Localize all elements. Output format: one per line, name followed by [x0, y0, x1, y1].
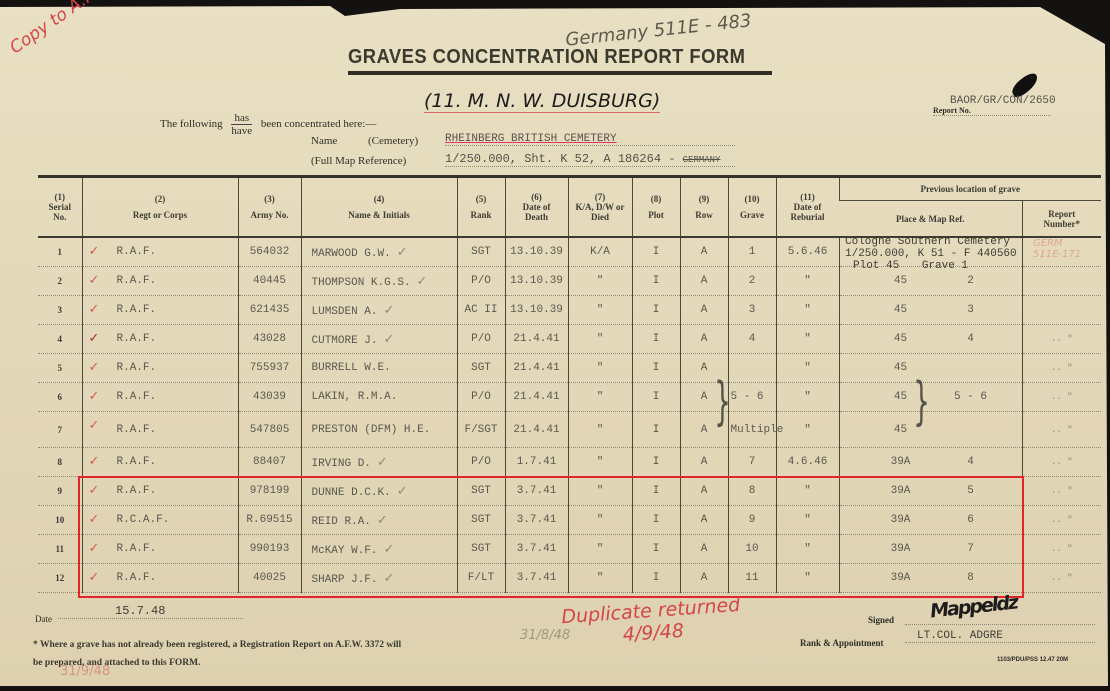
name-text: McKAY W.F. — [312, 545, 378, 557]
red-check-icon: ✓ — [89, 389, 100, 404]
reburial-cell: 5.6.46 — [776, 237, 839, 267]
previous-location-text: Cologne Southern Cemetery 1/250.000, K 5… — [845, 236, 1017, 272]
regt-text: R.A.F. — [117, 485, 157, 497]
serial-cell: 4 — [38, 325, 82, 354]
prev-location-mapref: 1/250.000, K 51 - F 440560 — [845, 248, 1017, 260]
grave-cell: 5 - 6 — [728, 383, 776, 412]
plot-cell: I — [632, 412, 680, 448]
previous-location-cell: 453 — [839, 296, 1022, 325]
gray-check-icon: ✓ — [384, 332, 395, 347]
grave-cell — [728, 354, 776, 383]
report-number-cell: .. " — [1022, 325, 1101, 354]
prev-plot-text: 45 — [861, 275, 941, 287]
report-number-cell — [1022, 296, 1101, 325]
army-no-cell: 978199 — [238, 477, 301, 506]
gray-check-icon: ✓ — [377, 513, 388, 528]
prev-plot-text: 39A — [861, 572, 941, 584]
grave-cell: 9 — [728, 506, 776, 535]
report-number-cell: .. " — [1022, 412, 1101, 448]
report-number-cell: .. " — [1022, 383, 1101, 412]
plot-brace-right: } — [913, 358, 930, 446]
red-check-icon: ✓ — [89, 302, 100, 317]
name-cell: LAKIN, R.M.A. — [301, 383, 457, 412]
previous-location-cell: 39A8 — [839, 564, 1022, 593]
kadw-cell: K/A — [568, 237, 632, 267]
reburial-cell: " — [776, 325, 839, 354]
reburial-cell: " — [776, 296, 839, 325]
rank-cell: SGT — [457, 354, 505, 383]
rank-appointment-value: LT.COL. ADGRE — [905, 630, 1095, 643]
prev-location-cemetery: Cologne Southern Cemetery — [845, 236, 1017, 248]
prev-grave-text: 5 - 6 — [941, 391, 1001, 403]
report-number-cell: .. " — [1022, 535, 1101, 564]
regt-cell: ✓R.A.F. — [82, 564, 238, 593]
name-text: LUMSDEN A. — [312, 306, 378, 318]
prev-grave-text: 4 — [941, 456, 1001, 468]
rank-cell: SGT — [457, 535, 505, 564]
row-cell: A — [680, 448, 728, 477]
regt-cell: ✓R.A.F. — [82, 267, 238, 296]
concentrated-text: been concentrated here:— — [261, 118, 376, 130]
print-code: 1103/PDU/PSS 12.47 20M — [997, 657, 1068, 663]
kadw-cell: " — [568, 477, 632, 506]
rank-cell: P/O — [457, 448, 505, 477]
cemetery-value: RHEINBERG BRITISH CEMETERY — [445, 133, 735, 146]
date-death-cell: 3.7.41 — [505, 564, 568, 593]
prev-plot-text: 39A — [861, 456, 941, 468]
regt-text: R.A.F. — [117, 391, 157, 403]
serial-cell: 8 — [38, 448, 82, 477]
col-date-death-header: (6)Date of Death — [505, 177, 568, 238]
grave-cell: 11 — [728, 564, 776, 593]
reburial-cell: " — [776, 383, 839, 412]
prev-grave-text: 7 — [941, 543, 1001, 555]
col-regt-header: (2)Regt or Corps — [82, 177, 238, 238]
date-death-cell: 3.7.41 — [505, 506, 568, 535]
name-text: BURRELL W.E. — [312, 362, 391, 374]
kadw-cell: " — [568, 564, 632, 593]
footnote-line2: be prepared, and attached to this FORM. — [33, 658, 200, 668]
map-ref-value: 1/250.000, Sht. K 52, A 186264 - GERMANY — [445, 152, 735, 167]
cemetery-name: RHEINBERG BRITISH CEMETERY — [445, 133, 617, 145]
prev-grave-text: 6 — [941, 514, 1001, 526]
regt-text: R.A.F. — [117, 333, 157, 345]
red-check-icon: ✓ — [89, 244, 100, 259]
prev-grave-text: 4 — [941, 333, 1001, 345]
has-text: has — [231, 112, 252, 125]
regt-text: R.C.A.F. — [117, 514, 170, 526]
date-death-cell: 13.10.39 — [505, 237, 568, 267]
date-death-cell: 3.7.41 — [505, 477, 568, 506]
signature-line — [905, 624, 1095, 625]
name-text: MARWOOD G.W. — [312, 248, 391, 260]
previous-location-header: Previous location of grave — [839, 177, 1101, 201]
date-death-cell: 21.4.41 — [505, 325, 568, 354]
regt-text: R.A.F. — [117, 304, 157, 316]
row-cell: A — [680, 325, 728, 354]
pencil-note: 31/8/48 — [520, 628, 570, 644]
prev-grave-text: 3 — [941, 304, 1001, 316]
kadw-cell: " — [568, 325, 632, 354]
army-no-cell: R.69515 — [238, 506, 301, 535]
report-number-cell: .. " — [1022, 506, 1101, 535]
prev-plot-text: 39A — [861, 485, 941, 497]
col-name-header: (4)Name & Initials — [301, 177, 457, 238]
regt-text: R.A.F. — [117, 543, 157, 555]
map-ref-text: 1/250.000, Sht. K 52, A 186264 - — [445, 152, 675, 166]
previous-location-cell: 45 — [839, 412, 1022, 448]
regt-cell: ✓R.A.F. — [82, 535, 238, 564]
gray-check-icon: ✓ — [377, 455, 388, 470]
previous-location-cell: 39A4 — [839, 448, 1022, 477]
date-death-cell: 1.7.41 — [505, 448, 568, 477]
regt-text: R.A.F. — [117, 246, 157, 258]
serial-cell: 9 — [38, 477, 82, 506]
name-cell: CUTMORE J.✓ — [301, 325, 457, 354]
col-reburial-header: (11)Date of Reburial — [776, 177, 839, 238]
kadw-cell: " — [568, 448, 632, 477]
grave-cell: 4 — [728, 325, 776, 354]
following-label: The following has have been concentrated… — [160, 112, 376, 137]
table-row: 6✓R.A.F.43039LAKIN, R.M.A.P/O21.4.41"IA5… — [38, 383, 1101, 412]
footnote-line1: * Where a grave has not already been reg… — [33, 640, 401, 650]
red-check-icon: ✓ — [89, 360, 100, 375]
previous-location-cell: 39A6 — [839, 506, 1022, 535]
report-number-cell: .. " — [1022, 354, 1101, 383]
name-text: CUTMORE J. — [312, 335, 378, 347]
name-cell: PRESTON (DFM) H.E. — [301, 412, 457, 448]
map-ref-label: (Full Map Reference) — [311, 155, 406, 167]
regt-text: R.A.F. — [117, 362, 157, 374]
name-cell: LUMSDEN A.✓ — [301, 296, 457, 325]
regt-cell: ✓R.A.F. — [82, 383, 238, 412]
red-check-icon: ✓ — [89, 331, 100, 346]
row-cell: A — [680, 296, 728, 325]
reburial-cell: 4.6.46 — [776, 448, 839, 477]
rank-cell: P/O — [457, 325, 505, 354]
regt-cell: ✓R.A.F. — [82, 448, 238, 477]
rank-cell: F/LT — [457, 564, 505, 593]
kadw-cell: " — [568, 535, 632, 564]
name-text: THOMPSON K.G.S. — [312, 277, 411, 289]
rank-cell: SGT — [457, 477, 505, 506]
serial-cell: 2 — [38, 267, 82, 296]
regt-cell: ✓R.A.F. — [82, 325, 238, 354]
date-death-cell: 3.7.41 — [505, 535, 568, 564]
reburial-cell: " — [776, 267, 839, 296]
name-text: Name — [311, 135, 337, 147]
date-death-cell: 13.10.39 — [505, 296, 568, 325]
faint-red-stamp: GERM 511E-171 — [1033, 238, 1093, 260]
regt-cell: ✓R.A.F. — [82, 296, 238, 325]
row-brace-left: } — [714, 358, 731, 446]
gray-check-icon: ✓ — [384, 303, 395, 318]
report-number-cell — [1022, 267, 1101, 296]
previous-location-cell: 39A5 — [839, 477, 1022, 506]
gray-check-icon: ✓ — [397, 245, 408, 260]
regt-text: R.A.F. — [117, 572, 157, 584]
regt-text: R.A.F. — [117, 275, 157, 287]
plot-cell: I — [632, 448, 680, 477]
prev-grave-text: 2 — [941, 275, 1001, 287]
plot-cell: I — [632, 383, 680, 412]
row-cell: A — [680, 535, 728, 564]
previous-location-cell: 45 — [839, 354, 1022, 383]
report-number-label: Report No. — [933, 106, 1051, 116]
rank-cell: P/O — [457, 383, 505, 412]
row-cell: A — [680, 267, 728, 296]
army-no-cell: 40445 — [238, 267, 301, 296]
table-row: 12✓R.A.F.40025SHARP J.F.✓F/LT3.7.41"IA11… — [38, 564, 1101, 593]
plot-cell: I — [632, 325, 680, 354]
date-death-cell: 21.4.41 — [505, 412, 568, 448]
kadw-cell: " — [568, 383, 632, 412]
reburial-cell: " — [776, 477, 839, 506]
rank-cell: AC II — [457, 296, 505, 325]
red-check-icon: ✓ — [89, 483, 100, 498]
kadw-cell: " — [568, 267, 632, 296]
row-cell: A — [680, 506, 728, 535]
name-cell: DUNNE D.C.K.✓ — [301, 477, 457, 506]
table-row: 8✓R.A.F.88407IRVING D.✓P/O1.7.41"IA74.6.… — [38, 448, 1101, 477]
serial-cell: 11 — [38, 535, 82, 564]
plot-cell: I — [632, 296, 680, 325]
gray-check-icon: ✓ — [384, 542, 395, 557]
col-serial-header: (1)Serial No. — [38, 177, 82, 238]
plot-cell: I — [632, 267, 680, 296]
name-cell: MARWOOD G.W.✓ — [301, 237, 457, 267]
grave-cell: 2 — [728, 267, 776, 296]
serial-cell: 12 — [38, 564, 82, 593]
signed-label: Signed — [868, 615, 894, 625]
grave-cell: 1 — [728, 237, 776, 267]
name-cell: REID R.A.✓ — [301, 506, 457, 535]
col-place-header: Place & Map Ref. — [839, 201, 1022, 237]
date-death-cell: 13.10.39 — [505, 267, 568, 296]
rank-cell: P/O — [457, 267, 505, 296]
have-text: have — [231, 125, 252, 137]
name-text: SHARP J.F. — [312, 574, 378, 586]
name-text: LAKIN, R.M.A. — [312, 391, 398, 403]
serial-cell: 1 — [38, 237, 82, 267]
name-cell: IRVING D.✓ — [301, 448, 457, 477]
reburial-cell: " — [776, 535, 839, 564]
red-check-icon: ✓ — [89, 418, 100, 433]
serial-cell: 6 — [38, 383, 82, 412]
col-army-no-header: (3)Army No. — [238, 177, 301, 238]
previous-location-cell: 455 - 6 — [839, 383, 1022, 412]
table-row: 9✓R.A.F.978199DUNNE D.C.K.✓SGT3.7.41"IA8… — [38, 477, 1101, 506]
kadw-cell: " — [568, 506, 632, 535]
army-no-cell: 43028 — [238, 325, 301, 354]
table-row: 10✓R.C.A.F.R.69515REID R.A.✓SGT3.7.41"IA… — [38, 506, 1101, 535]
col-kadw-header: (7)K/A, D/W or Died — [568, 177, 632, 238]
date-death-cell: 21.4.41 — [505, 383, 568, 412]
prev-location-plot-grave: Plot 45 Grave 1 — [845, 260, 1017, 272]
col-grave-header: (10)Grave — [728, 177, 776, 238]
prev-grave-text: 5 — [941, 485, 1001, 497]
serial-cell: 7 — [38, 412, 82, 448]
regt-cell: ✓R.A.F. — [82, 477, 238, 506]
regt-cell: ✓R.A.F. — [82, 354, 238, 383]
table-row: 11✓R.A.F.990193McKAY W.F.✓SGT3.7.41"IA10… — [38, 535, 1101, 564]
regt-text: R.A.F. — [117, 424, 157, 436]
red-date-stamp: 31/9/48 — [60, 664, 110, 679]
col-row-header: (9)Row — [680, 177, 728, 238]
reburial-cell: " — [776, 506, 839, 535]
previous-location-cell: 454 — [839, 325, 1022, 354]
col-report-number-header: Report Number* — [1022, 201, 1101, 237]
date-label: Date — [35, 614, 52, 624]
table-row: 3✓R.A.F.621435LUMSDEN A.✓AC II13.10.39"I… — [38, 296, 1101, 325]
serial-cell: 10 — [38, 506, 82, 535]
cemetery-label: Name (Cemetery) — [311, 135, 418, 147]
reburial-cell: " — [776, 564, 839, 593]
army-no-cell: 43039 — [238, 383, 301, 412]
date-death-cell: 21.4.41 — [505, 354, 568, 383]
name-cell: BURRELL W.E. — [301, 354, 457, 383]
kadw-cell: " — [568, 412, 632, 448]
table-row: 7✓R.A.F.547805PRESTON (DFM) H.E.F/SGT21.… — [38, 412, 1101, 448]
name-text: PRESTON (DFM) H.E. — [312, 424, 431, 436]
red-check-icon: ✓ — [89, 570, 100, 585]
serial-cell: 5 — [38, 354, 82, 383]
title-underline — [348, 71, 772, 75]
red-check-icon: ✓ — [89, 454, 100, 469]
table-row: 4✓R.A.F.43028CUTMORE J.✓P/O21.4.41"IA4"4… — [38, 325, 1101, 354]
grave-cell: 3 — [728, 296, 776, 325]
rank-appointment-label: Rank & Appointment — [800, 638, 884, 648]
name-text: DUNNE D.C.K. — [312, 487, 391, 499]
kadw-cell: " — [568, 296, 632, 325]
following-text: The following — [160, 118, 223, 130]
grave-cell: 10 — [728, 535, 776, 564]
plot-cell: I — [632, 506, 680, 535]
army-no-cell: 564032 — [238, 237, 301, 267]
red-check-icon: ✓ — [89, 273, 100, 288]
plot-cell: I — [632, 237, 680, 267]
prev-plot-text: 39A — [861, 543, 941, 555]
prev-grave-text: 8 — [941, 572, 1001, 584]
gray-check-icon: ✓ — [384, 571, 395, 586]
army-no-cell: 547805 — [238, 412, 301, 448]
rank-cell: SGT — [457, 237, 505, 267]
name-cell: McKAY W.F.✓ — [301, 535, 457, 564]
regt-cell: ✓R.C.A.F. — [82, 506, 238, 535]
plot-cell: I — [632, 535, 680, 564]
plot-cell: I — [632, 477, 680, 506]
concentration-location: (11. M. N. W. DUISBURG) — [424, 90, 660, 113]
cemetery-text: (Cemetery) — [368, 135, 418, 147]
grave-cell: Multiple — [728, 412, 776, 448]
prev-plot-text: 45 — [861, 304, 941, 316]
report-number-cell: .. " — [1022, 477, 1101, 506]
row-cell: A — [680, 564, 728, 593]
army-no-cell: 755937 — [238, 354, 301, 383]
red-check-icon: ✓ — [89, 512, 100, 527]
prev-plot-text: 45 — [861, 333, 941, 345]
date-value: 15.7.48 — [58, 604, 243, 619]
regt-text: R.A.F. — [117, 456, 157, 468]
red-check-icon: ✓ — [89, 541, 100, 556]
name-text: REID R.A. — [312, 516, 371, 528]
has-have-fraction: has have — [231, 112, 252, 137]
rank-cell: SGT — [457, 506, 505, 535]
name-cell: SHARP J.F.✓ — [301, 564, 457, 593]
army-no-cell: 88407 — [238, 448, 301, 477]
army-no-cell: 621435 — [238, 296, 301, 325]
row-cell: A — [680, 237, 728, 267]
army-no-cell: 990193 — [238, 535, 301, 564]
name-text: IRVING D. — [312, 458, 371, 470]
table-row: 5✓R.A.F.755937BURRELL W.E.SGT21.4.41"IA"… — [38, 354, 1101, 383]
reburial-cell: " — [776, 354, 839, 383]
col-rank-header: (5)Rank — [457, 177, 505, 238]
gray-check-icon: ✓ — [417, 274, 428, 289]
serial-cell: 3 — [38, 296, 82, 325]
gray-check-icon: ✓ — [397, 484, 408, 499]
prev-grave-label: Grave 1 — [922, 260, 968, 272]
plot-cell: I — [632, 354, 680, 383]
regt-cell: ✓R.A.F. — [82, 412, 238, 448]
pencil-date: 31/8/48 — [520, 628, 570, 644]
rank-cell: F/SGT — [457, 412, 505, 448]
prev-plot-text: 39A — [861, 514, 941, 526]
reburial-cell: " — [776, 412, 839, 448]
name-cell: THOMPSON K.G.S.✓ — [301, 267, 457, 296]
col-plot-header: (8)Plot — [632, 177, 680, 238]
map-ref-struck: GERMANY — [683, 155, 721, 165]
report-number-cell: .. " — [1022, 448, 1101, 477]
plot-cell: I — [632, 564, 680, 593]
regt-cell: ✓R.A.F. — [82, 237, 238, 267]
army-no-cell: 40025 — [238, 564, 301, 593]
grave-cell: 8 — [728, 477, 776, 506]
report-number-cell: .. " — [1022, 564, 1101, 593]
previous-location-cell: 39A7 — [839, 535, 1022, 564]
page-title: GRAVES CONCENTRATION REPORT FORM — [348, 46, 745, 69]
prev-plot-label: Plot 45 — [853, 260, 899, 272]
row-cell: A — [680, 477, 728, 506]
kadw-cell: " — [568, 354, 632, 383]
grave-cell: 7 — [728, 448, 776, 477]
